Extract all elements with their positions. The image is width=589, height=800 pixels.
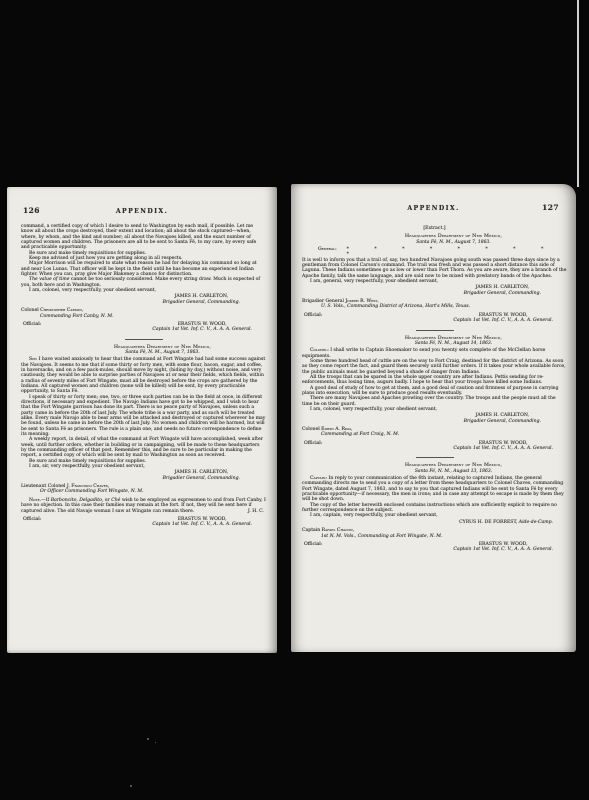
official-signature: ERASTUS W. WOOD, Captain 1st Vet. Inf. C… [152,322,252,333]
official-label: Official: [304,313,322,318]
closing-line: I am, colonel, very respectfully, your o… [21,288,266,293]
official-block: Official: ERASTUS W. WOOD, Captain 1st V… [21,517,266,528]
paragraph: I speak of thirty or forty men; one, two… [21,395,266,438]
signature-name: CYRUS H. DE FORREST, [459,520,517,525]
addressee-block: Captain Rafael Chacon, 1st N. M. Vols., … [302,528,567,539]
section-divider [416,330,454,331]
left-page-content: command, a certified copy of which I des… [7,224,277,528]
official-signature: ERASTUS W. WOOD, Captain 1st Vet. Inf. C… [453,542,553,553]
official-signature: ERASTUS W. WOOD, Captain 1st Vet. Inf. C… [453,313,553,324]
signature-title: Aide-de-Camp. [517,520,553,525]
paragraph: The value of time cannot be too seriousl… [21,277,266,288]
official-label: Official: [304,441,322,446]
closing-line: I am, sir, very respectfully, your obedi… [21,464,266,469]
addressee-rank: Colonel [21,308,40,313]
paragraph-text: I shall write to Captain Shoemaker to se… [302,348,545,358]
right-page-header: APPENDIX. 127 [291,184,576,221]
date-line: Santa Fé, N. M., August 13, 1863. [340,469,567,474]
addressee-block: Lieutenant Colonel J. Francisco Chaves, … [21,484,266,495]
addressee-post: 1st N. M. Vols., Commanding at Fort Wing… [321,534,567,539]
closing-line: I am, captain, very respectfully, your o… [302,513,567,518]
addressee-block: Brigadier General Joseph R. West, U. S. … [302,299,567,310]
paragraph: A good deal of study of how to get at th… [302,386,567,397]
signature-block: JAMES H. CARLETON, Brigadier General, Co… [464,413,541,424]
letter-heading: Headquarters Department of New Mexico, S… [21,345,266,356]
official-signature: ERASTUS W. WOOD, Captain 1st Vet. Inf. C… [453,441,553,452]
official-title: Captain 1st Vet. Inf. C. V., A. A. A. Ge… [453,446,553,451]
paragraph-text: I have waited anxiously to hear that the… [21,357,265,394]
closing-line: I am, colonel, very respectfully, your o… [302,407,567,412]
letter-heading: Headquarters Department of New Mexico, S… [302,463,567,474]
addressee-post: Commanding at Fort Craig, N. M. [321,432,567,437]
official-signature: ERASTUS W. WOOD, Captain 1st Vet. Inf. C… [152,517,252,528]
date-line: Santa Fé, N. M., August 7, 1863. [59,350,266,355]
official-label: Official: [304,542,322,547]
scan-speck [147,738,149,740]
paragraph: All the troops that can be spared in the… [302,375,567,386]
official-block: Official: ERASTUS W. WOOD, Captain 1st V… [302,313,567,324]
paragraph: command, a certified copy of which I des… [21,224,266,251]
signature-block: JAMES H. CARLETON, Brigadier General, Co… [464,285,541,296]
letter-heading: Headquarters Department of New Mexico, S… [302,234,567,245]
signature-block: JAMES H. CARLETON, Brigadier General, Co… [163,294,240,305]
scan-edge-line [577,0,579,187]
scan-speck [155,742,156,743]
addressee-post: Commanding Fort Canby, N. M. [40,314,266,319]
official-title: Captain 1st Vet. Inf. C. V., A. A. A. Ge… [453,318,553,323]
paragraph: The copy of the letter herewith enclosed… [302,503,567,514]
right-page: APPENDIX. 127 [Extract.] Headquarters De… [291,184,576,652]
left-page: 126 APPENDIX. command, a certified copy … [7,187,277,653]
official-title: Captain 1st Vet. Inf. C. V., A. A. A. Ge… [152,522,252,527]
section-divider [125,339,163,340]
extract-label: [Extract.] [302,226,567,231]
paragraph: Sir: I have waited anxiously to hear tha… [21,357,266,394]
official-label: Official: [23,517,41,522]
salutation: General: [302,247,337,258]
closing-line: I am, general, very respectfully, your o… [302,279,567,284]
letter-heading: Headquarters Department of New Mexico, S… [302,336,567,347]
paragraph: There are many Navajoes and Apaches prow… [302,396,567,407]
salutation: Sir: [29,357,37,362]
scan-speck [130,785,132,787]
official-title: Captain 1st Vet. Inf. C. V., A. A. A. Ge… [152,327,252,332]
official-block: Official: ERASTUS W. WOOD, Captain 1st V… [21,322,266,333]
signature-title: Brigadier General, Commanding. [163,476,240,481]
paragraph: Major Morrison will be required to state… [21,261,266,277]
paragraph-text: In reply to your communication of the 6t… [302,476,564,502]
signature-line: CYRUS H. DE FORREST, Aide-de-Camp. [302,520,567,525]
left-page-header: 126 APPENDIX. [7,187,277,224]
signature-title: Brigadier General, Commanding. [464,291,541,296]
signature-title: Brigadier General, Commanding. [163,300,240,305]
right-page-content: [Extract.] Headquarters Department of Ne… [291,226,576,553]
date-line: Santa Fé, N. M., August 14, 1863. [340,341,567,346]
addressee-name: Christopher Carson, [40,308,83,313]
scanned-book-spread: 126 APPENDIX. command, a certified copy … [0,0,589,800]
official-title: Captain 1st Vet. Inf. C. V., A. A. A. Ge… [453,547,553,552]
addressee-post: U. S. Vols., Commanding District of Ariz… [321,304,567,309]
addressee-rank: Colonel [302,427,321,432]
page-number: 127 [542,205,559,210]
signature-block: JAMES H. CARLETON, Brigadier General, Co… [163,470,240,481]
official-label: Official: [23,322,41,327]
official-block: Official: ERASTUS W. WOOD, Captain 1st V… [302,542,567,553]
note-initials: J. H. C. [240,509,266,514]
addressee-post: Or Officer Commanding Fort Wingate, N. M… [40,489,266,494]
signature-title: Brigadier General, Commanding. [464,419,541,424]
salutation-asterisks-row: General: * * * * * * * * * [302,247,567,258]
addressee-block: Colonel Christopher Carson, Commanding F… [21,308,266,319]
date-line: Santa Fé, N. M., August 7, 1863. [340,240,567,245]
paragraph: It is well to inform you that a trail of… [302,258,567,279]
paragraph: Captain: In reply to your communication … [302,476,567,503]
official-block: Official: ERASTUS W. WOOD, Captain 1st V… [302,441,567,452]
running-head: APPENDIX. [291,206,576,211]
paragraph: A weekly report, in detail, of what the … [21,437,266,458]
addressee-name: Rafael Chacon, [322,528,354,533]
salutation: Colonel: [310,348,329,353]
section-divider [416,457,454,458]
asterisks: * * * * * * * * * [337,247,567,258]
running-head: APPENDIX. [7,209,277,214]
paragraph: Colonel: I shall write to Captain Shoema… [302,348,567,359]
note-paragraph: Note.—If Barboncito, Delgadito, or Ché w… [21,498,266,514]
addressee-rank: Captain [302,528,322,533]
addressee-block: Colonel Edwin A. Rigg, Commanding at For… [302,427,567,438]
paragraph: Some three hundred head of cattle are on… [302,359,567,375]
italic-lead: The value of time [29,277,69,282]
